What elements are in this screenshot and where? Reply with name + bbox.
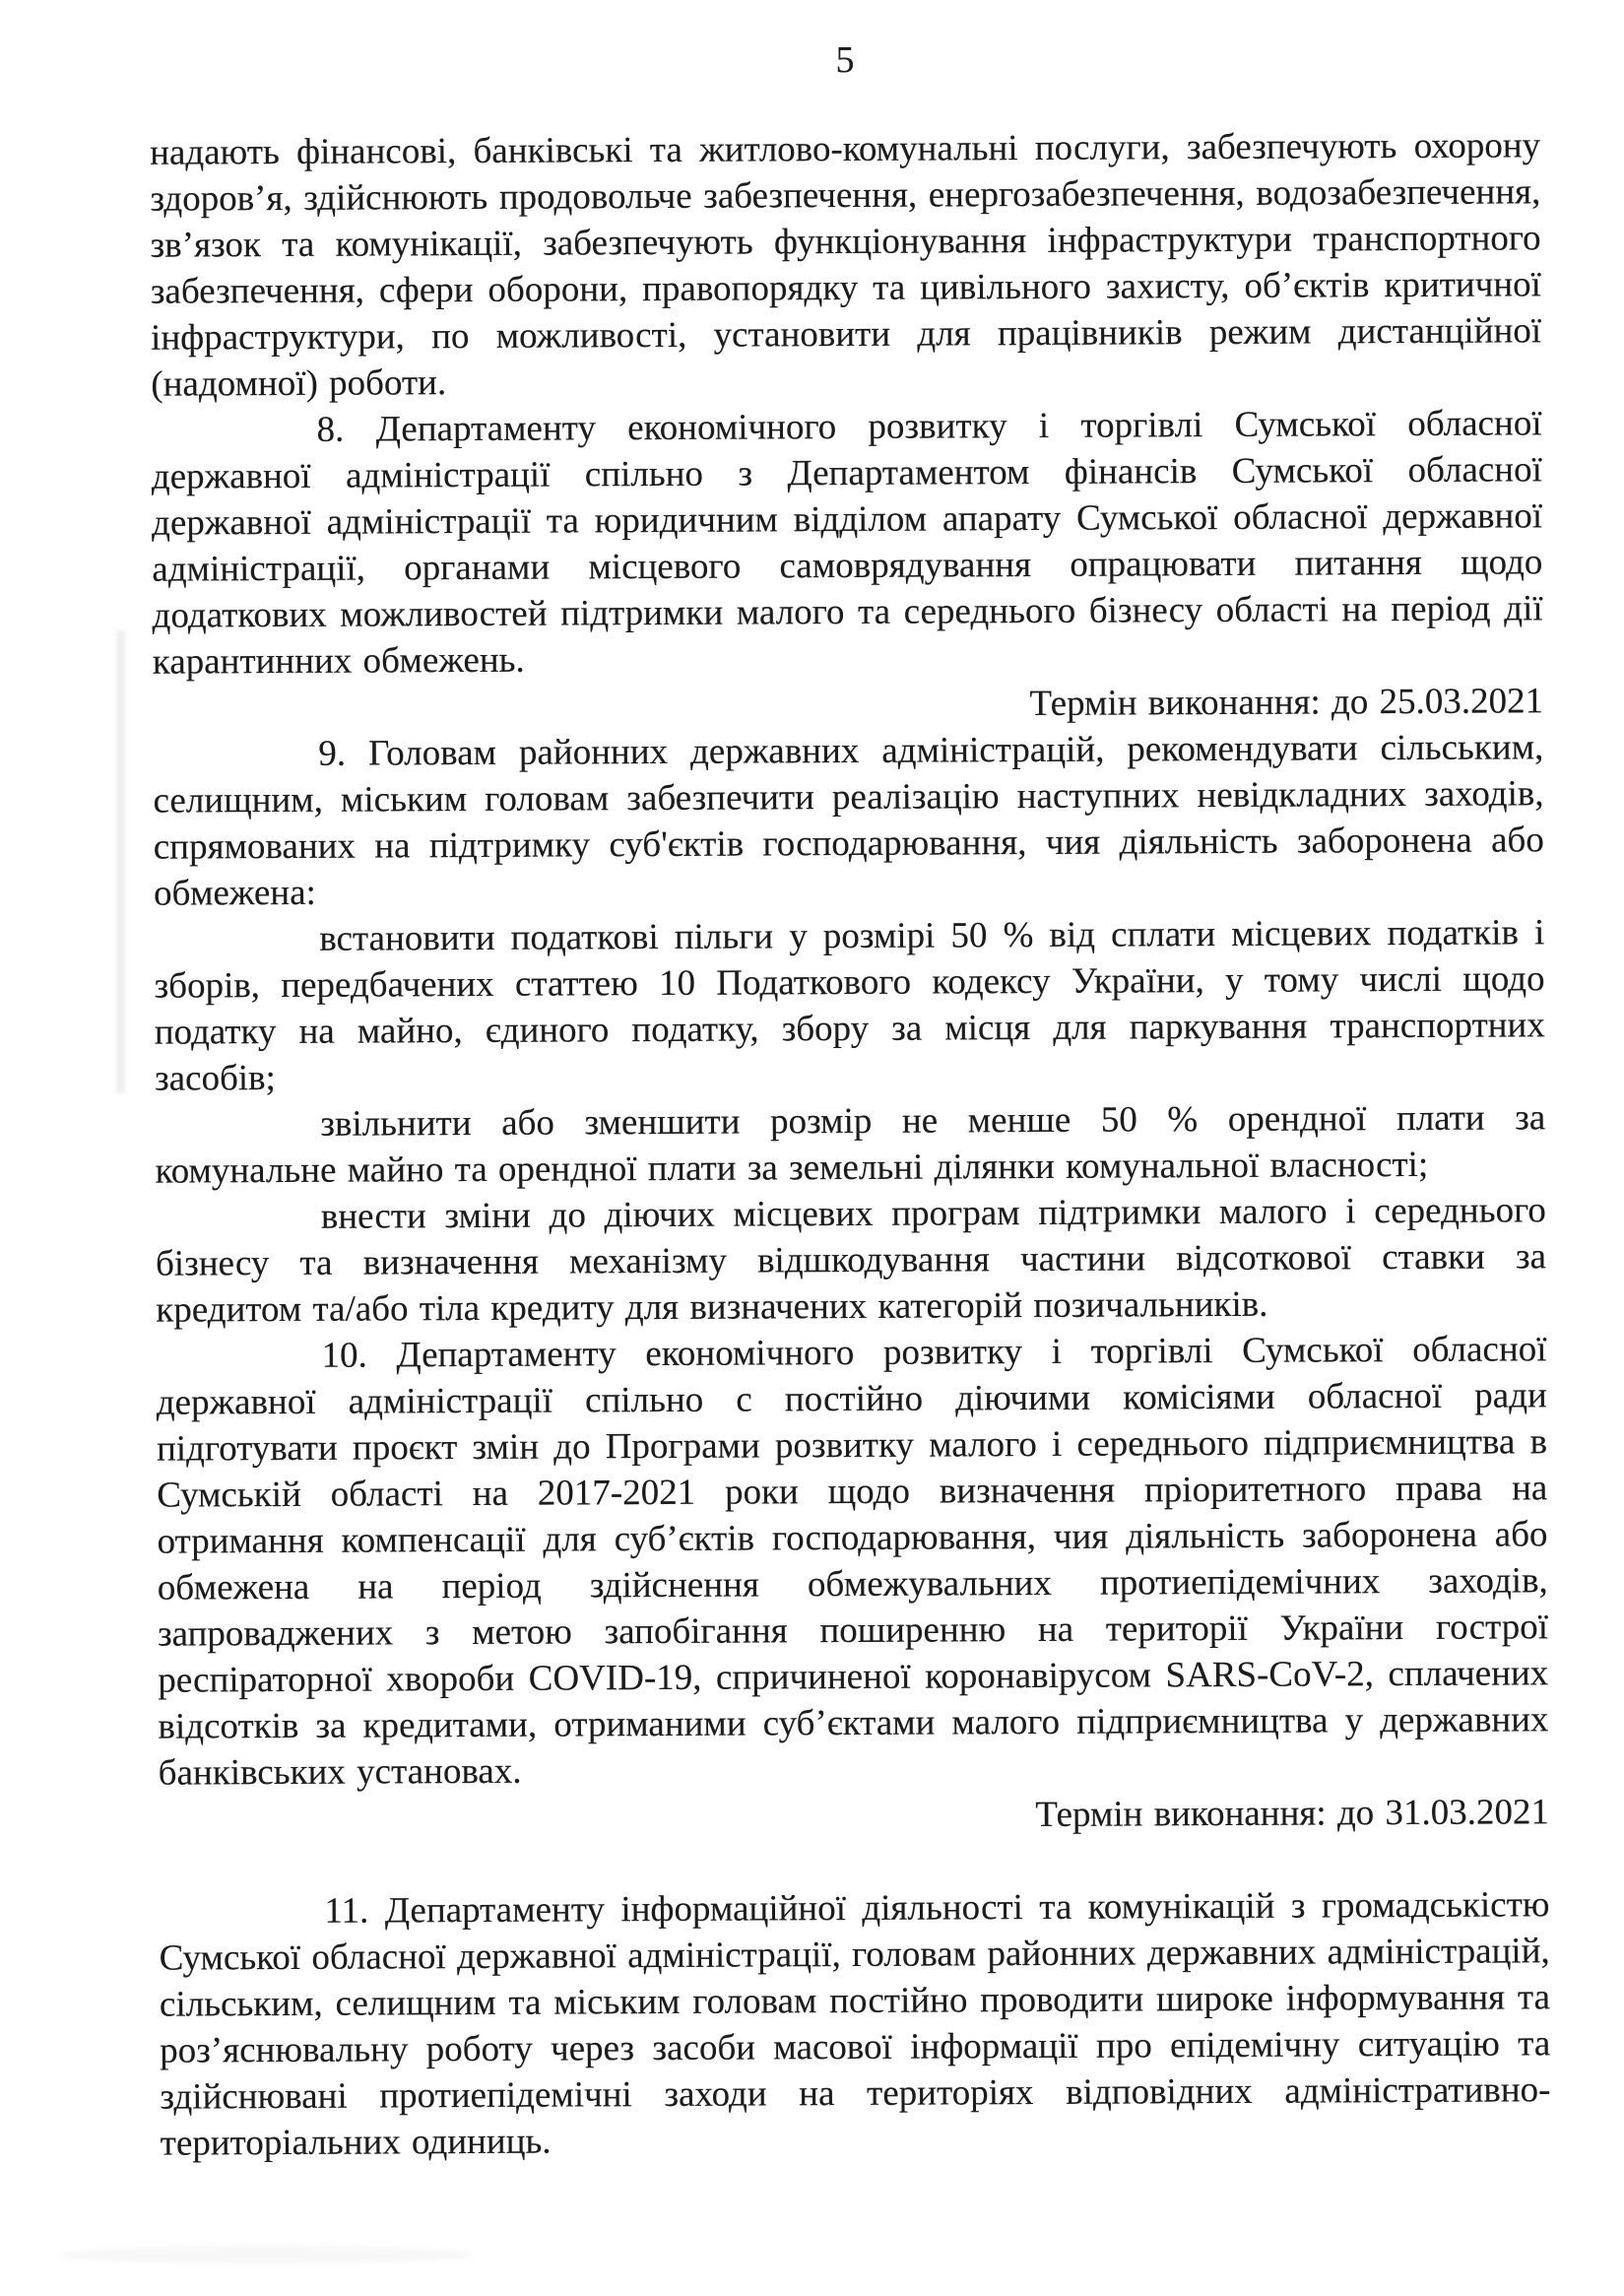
paragraph-item-11: 11. Департаменту інформаційної діяльност… [159, 1881, 1550, 2166]
page-number: 5 [150, 37, 1540, 84]
paragraph-item-10: 10. Департаменту економічного розвитку і… [156, 1326, 1548, 1796]
paragraph-item-9-sub-1: встановити податкові пільги у розмірі 50… [154, 909, 1545, 1101]
scan-artifact-smudge [59, 2246, 473, 2263]
deadline-line-2: Термін виконання: до 31.03.2021 [159, 1789, 1549, 1842]
deadline-line-1: Термін виконання: до 25.03.2021 [153, 678, 1543, 731]
paragraph-item-9-sub-3: внести зміни до діючих місцевих програм … [156, 1187, 1547, 1333]
scanned-document-page: 5 надають фінансові, банківські та житло… [0, 0, 1624, 2296]
scan-artifact-streak [116, 630, 125, 1093]
paragraph-item-9-sub-2: звільнити або зменшити розмір не менше 5… [155, 1094, 1545, 1194]
paragraph-item-8: 8. Департаменту економічного розвитку і … [151, 400, 1542, 685]
paragraph-continuation: надають фінансові, банківські та житлово… [150, 122, 1541, 407]
document-body: надають фінансові, банківські та житлово… [150, 122, 1551, 2166]
paragraph-item-9: 9. Головам районних державних адміністра… [153, 724, 1544, 916]
